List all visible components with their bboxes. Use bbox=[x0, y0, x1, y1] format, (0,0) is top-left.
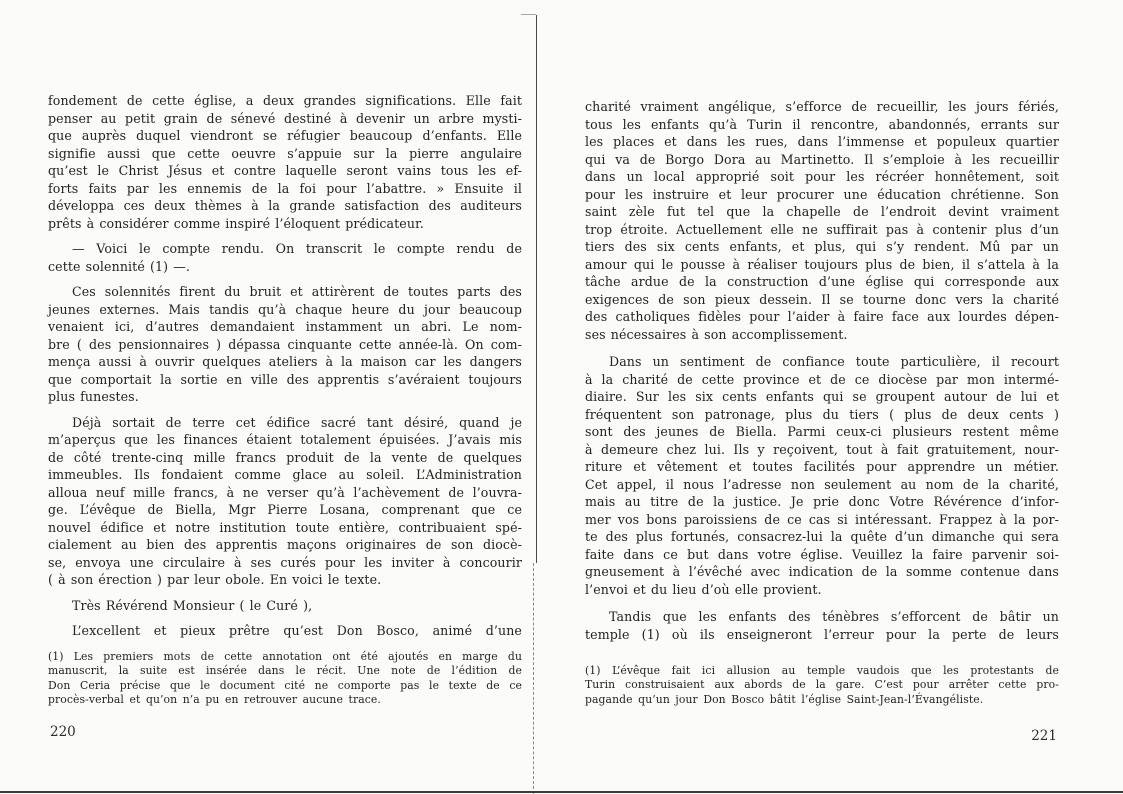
paragraph: (1) Les premiers mots de cette annotatio… bbox=[48, 650, 522, 707]
text-line: tâche ardue de la construction d’une égl… bbox=[585, 273, 1059, 291]
text-line: L’excellent et pieux prêtre qu’est Don B… bbox=[48, 622, 522, 640]
gutter-top-tick bbox=[521, 14, 536, 15]
gutter-line bbox=[536, 15, 537, 563]
text-line: mais au titre de la justice. Je prie don… bbox=[585, 493, 1059, 511]
text-line: qui va de Borgo Dora au Martinetto. Il s… bbox=[585, 151, 1059, 169]
text-line: les places et dans les rues, dans l’imme… bbox=[585, 133, 1059, 151]
text-line: pour les instruire et leur procurer une … bbox=[585, 186, 1059, 204]
text-line: amour qui le pousse à réaliser toujours … bbox=[585, 256, 1059, 274]
text-line: procès-verbal et qu’on n’a pu en retrouv… bbox=[48, 693, 522, 707]
text-line: Don Ceria précise que le document cité n… bbox=[48, 679, 522, 693]
text-line: faite dans ce but dans votre église. Veu… bbox=[585, 546, 1059, 564]
text-line: fondement de cette église, a deux grande… bbox=[48, 92, 522, 110]
text-line: Très Révérend Monsieur ( le Curé ), bbox=[48, 597, 522, 615]
text-line: prêts à considérer comme inspiré l’éloqu… bbox=[48, 215, 522, 233]
left-page-body-text: fondement de cette église, a deux grande… bbox=[48, 92, 522, 640]
text-line: cette solennité (1) —. bbox=[48, 258, 522, 276]
text-line: penser au petit grain de sénevé destiné … bbox=[48, 110, 522, 128]
text-line: (1) L’évêque fait ici allusion au temple… bbox=[585, 664, 1059, 678]
paragraph: Déjà sortait de terre cet édifice sacré … bbox=[48, 414, 522, 589]
text-line: tiers des six cents enfants, et plus, qu… bbox=[585, 238, 1059, 256]
text-line: bre ( des pensionnaires ) dépassa cinqua… bbox=[48, 336, 522, 354]
text-line: dans un local approprié soit pour les ré… bbox=[585, 168, 1059, 186]
text-line: plus funestes. bbox=[48, 388, 522, 406]
right-page-body-text: charité vraiment angélique, s’efforce de… bbox=[585, 98, 1059, 643]
text-line: des catholiques fidèles pour l’aider à f… bbox=[585, 308, 1059, 326]
text-line: (1) Les premiers mots de cette annotatio… bbox=[48, 650, 522, 664]
text-line: l’envoi et du lieu d’où elle provient. bbox=[585, 581, 1059, 599]
gutter-line-dashed bbox=[533, 563, 534, 794]
text-line: que comportait la sortie en ville des ap… bbox=[48, 371, 522, 389]
text-line: de côté trente-cinq mille francs produit… bbox=[48, 449, 522, 467]
text-line: diaire. Sur les six cents enfants qui se… bbox=[585, 388, 1059, 406]
text-line: qu’est le Christ Jésus et contre laquell… bbox=[48, 162, 522, 180]
text-line: alloua neuf mille francs, à ne verser qu… bbox=[48, 484, 522, 502]
page-number-left: 220 bbox=[50, 724, 76, 740]
text-line: Cet appel, il nous l’adresse non seuleme… bbox=[585, 476, 1059, 494]
text-line: mença aussi à ouvrir quelques ateliers à… bbox=[48, 353, 522, 371]
text-line: jeunes externes. Mais tandis qu’à chaque… bbox=[48, 301, 522, 319]
text-line: ses nécessaires à son accomplissement. bbox=[585, 326, 1059, 344]
text-line: signifie aussi que cette oeuvre s’appuie… bbox=[48, 145, 522, 163]
paragraph: Tandis que les enfants des ténèbres s’ef… bbox=[585, 608, 1059, 643]
left-page-footnote: (1) Les premiers mots de cette annotatio… bbox=[48, 650, 522, 707]
text-line: Turin construisaient aux abords de la ga… bbox=[585, 678, 1059, 692]
text-line: temple (1) où ils enseigneront l’erreur … bbox=[585, 626, 1059, 644]
text-line: Déjà sortait de terre cet édifice sacré … bbox=[48, 414, 522, 432]
text-line: immeubles. Ils fondaient comme glace au … bbox=[48, 466, 522, 484]
paragraph: charité vraiment angélique, s’efforce de… bbox=[585, 98, 1059, 343]
paragraph: (1) L’évêque fait ici allusion au temple… bbox=[585, 664, 1059, 707]
paragraph: — Voici le compte rendu. On transcrit le… bbox=[48, 240, 522, 275]
right-page-footnote: (1) L’évêque fait ici allusion au temple… bbox=[585, 664, 1059, 707]
text-line: charité vraiment angélique, s’efforce de… bbox=[585, 98, 1059, 116]
text-line: manuscrit, la suite est insérée dans le … bbox=[48, 664, 522, 678]
text-line: Tandis que les enfants des ténèbres s’ef… bbox=[585, 608, 1059, 626]
book-spread: fondement de cette église, a deux grande… bbox=[0, 0, 1123, 794]
text-line: venaient ici, d’autres demandaient insta… bbox=[48, 318, 522, 336]
paragraph: L’excellent et pieux prêtre qu’est Don B… bbox=[48, 622, 522, 640]
text-line: — Voici le compte rendu. On transcrit le… bbox=[48, 240, 522, 258]
text-line: tous les enfants qu’à Turin il rencontre… bbox=[585, 116, 1059, 134]
text-line: forts faits par les ennemis de la foi po… bbox=[48, 180, 522, 198]
text-line: fréquentent son patronage, plus du tiers… bbox=[585, 406, 1059, 424]
text-line: te des plus fortunés, consacrez-lui la q… bbox=[585, 528, 1059, 546]
text-line: pagande qu’un jour Don Bosco bâtit l’égl… bbox=[585, 693, 1059, 707]
text-line: à demeure chez lui. Ils y reçoivent, tou… bbox=[585, 441, 1059, 459]
text-line: riture et vêtement et toutes facilités p… bbox=[585, 458, 1059, 476]
left-page: fondement de cette église, a deux grande… bbox=[48, 0, 522, 794]
text-line: sont des jeunes de Biella. Parmi ceux-ci… bbox=[585, 423, 1059, 441]
text-line: se, envoya une circulaire à ses curés po… bbox=[48, 554, 522, 572]
paragraph: Très Révérend Monsieur ( le Curé ), bbox=[48, 597, 522, 615]
text-line: exigences de son pieux dessein. Il se to… bbox=[585, 291, 1059, 309]
text-line: m’aperçus que les finances étaient total… bbox=[48, 431, 522, 449]
text-line: ( à son érection ) par leur obole. En vo… bbox=[48, 571, 522, 589]
text-line: nouvel édifice et notre institution tout… bbox=[48, 519, 522, 537]
text-line: cialement au bien des apprentis maçons o… bbox=[48, 536, 522, 554]
text-line: gneusement à l’évêché avec indication de… bbox=[585, 563, 1059, 581]
text-line: à la charité de cette province et de ce … bbox=[585, 371, 1059, 389]
paragraph: Dans un sentiment de confiance toute par… bbox=[585, 353, 1059, 598]
text-line: développa ces deux thèmes à la grande sa… bbox=[48, 197, 522, 215]
page-number-right: 221 bbox=[1031, 728, 1057, 744]
paragraph: fondement de cette église, a deux grande… bbox=[48, 92, 522, 232]
text-line: trop étroite. Actuellement elle ne suffi… bbox=[585, 221, 1059, 239]
paragraph: Ces solennités firent du bruit et attirè… bbox=[48, 283, 522, 406]
text-line: que auprès duquel viendront se réfugier … bbox=[48, 127, 522, 145]
text-line: Ces solennités firent du bruit et attirè… bbox=[48, 283, 522, 301]
text-line: ge. L’évêque de Biella, Mgr Pierre Losan… bbox=[48, 501, 522, 519]
right-page: charité vraiment angélique, s’efforce de… bbox=[585, 0, 1059, 794]
text-line: Dans un sentiment de confiance toute par… bbox=[585, 353, 1059, 371]
text-line: mer vos bons paroissiens de ce cas si in… bbox=[585, 511, 1059, 529]
text-line: saint zèle fut tel que la chapelle de l’… bbox=[585, 203, 1059, 221]
